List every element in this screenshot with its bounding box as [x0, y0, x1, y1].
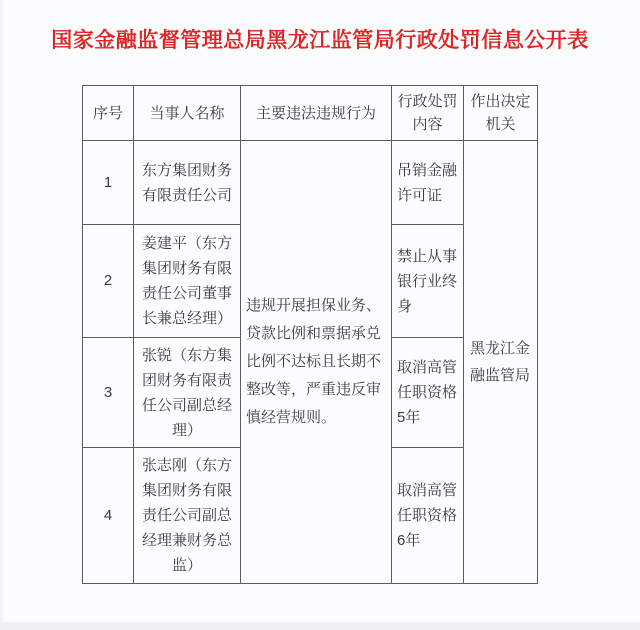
row-penalty: 取消高管任职资格5年 — [392, 338, 464, 448]
authority-cell: 黑龙江金融监管局 — [464, 141, 538, 584]
page: 国家金融监督管理总局黑龙江监管局行政处罚信息公开表 序号 当事人名称 主要违法违… — [0, 0, 640, 630]
row-penalty: 吊销金融许可证 — [392, 141, 464, 225]
col-header-penalty: 行政处罚内容 — [392, 86, 464, 141]
page-title: 国家金融监督管理总局黑龙江监管局行政处罚信息公开表 — [0, 26, 640, 56]
row-party: 张志刚（东方集团财务有限责任公司副总经理兼财务总监） — [134, 448, 241, 584]
row-penalty: 禁止从事银行业终身 — [392, 225, 464, 338]
table-header-row: 序号 当事人名称 主要违法违规行为 行政处罚内容 作出决定机关 — [83, 86, 538, 141]
table-row: 1 东方集团财务有限责任公司 违规开展担保业务、贷款比例和票据承兑比例不达标且长… — [83, 141, 538, 225]
row-party: 张锐（东方集团财务有限责任公司副总经理） — [134, 338, 241, 448]
penalty-table: 序号 当事人名称 主要违法违规行为 行政处罚内容 作出决定机关 1 东方集团财务… — [82, 85, 538, 584]
row-no: 3 — [83, 338, 134, 448]
row-no: 1 — [83, 141, 134, 225]
col-header-authority: 作出决定机关 — [464, 86, 538, 141]
row-no: 4 — [83, 448, 134, 584]
row-party: 东方集团财务有限责任公司 — [134, 141, 241, 225]
row-penalty: 取消高管任职资格6年 — [392, 448, 464, 584]
bottom-edge-bar — [0, 622, 640, 630]
row-no: 2 — [83, 225, 134, 338]
col-header-party: 当事人名称 — [134, 86, 241, 141]
row-party: 姜建平（东方集团财务有限责任公司董事长兼总经理） — [134, 225, 241, 338]
violation-cell: 违规开展担保业务、贷款比例和票据承兑比例不达标且长期不整改等，严重违反审慎经营规… — [241, 141, 392, 584]
col-header-no: 序号 — [83, 86, 134, 141]
col-header-violation: 主要违法违规行为 — [241, 86, 392, 141]
